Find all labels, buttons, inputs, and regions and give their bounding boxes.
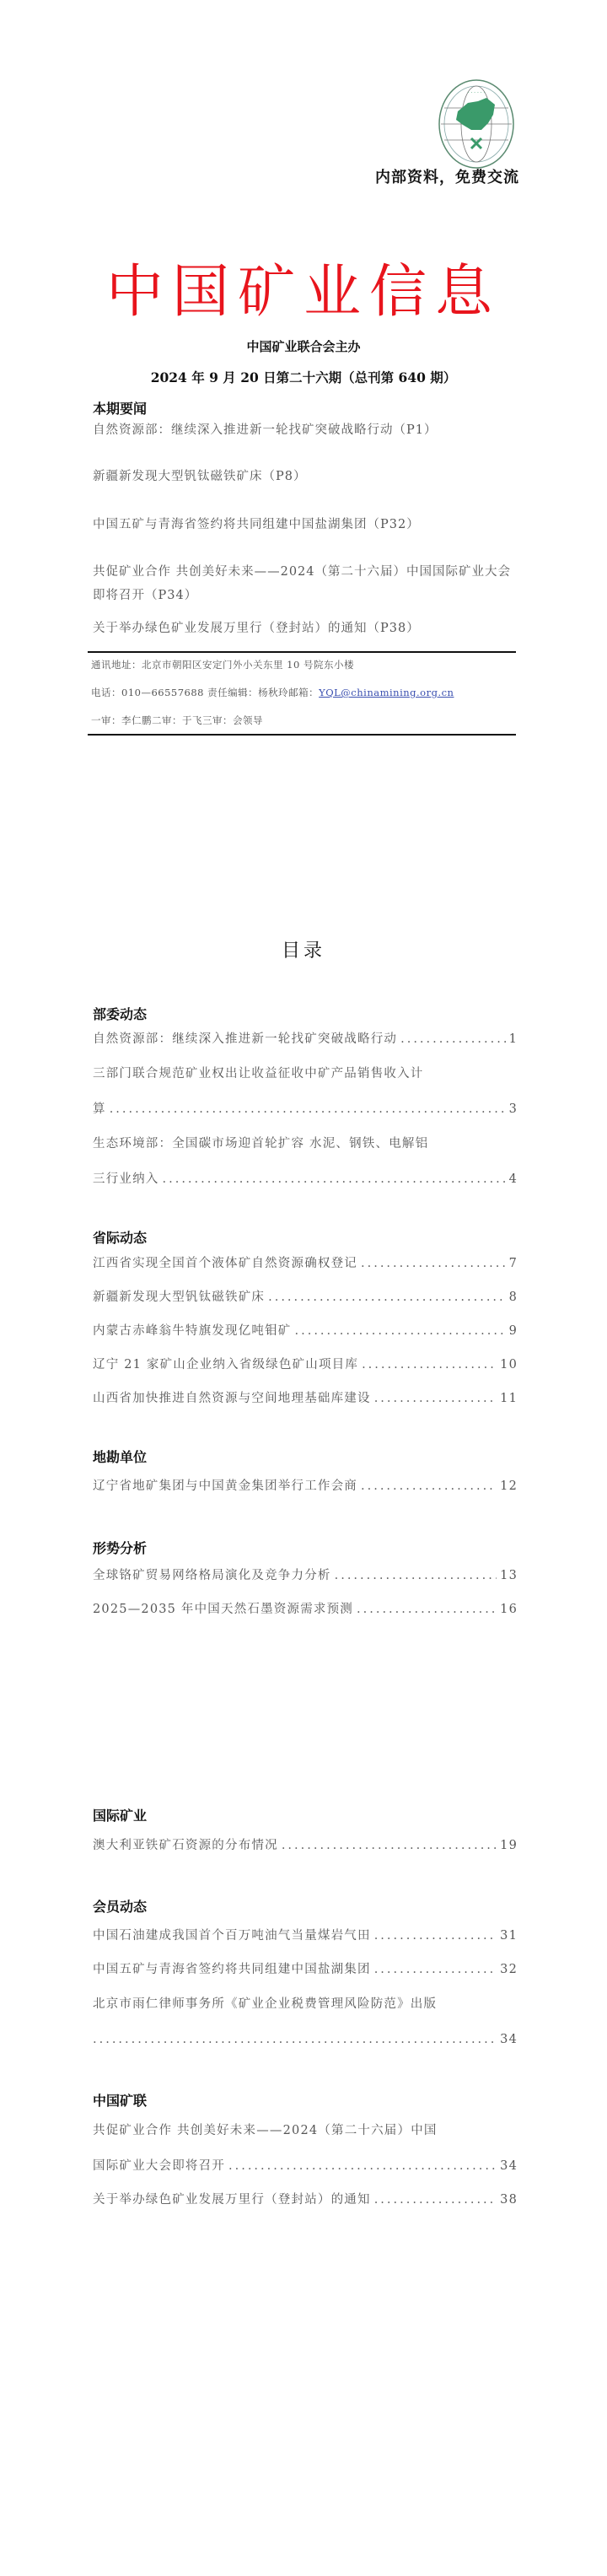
highlight-item[interactable]: 共促矿业合作 共创美好未来——2024（第二十六届）中国国际矿业大会即将召开（P… [93, 560, 523, 607]
phone-editor-label: 电话：010—66557688 责任编辑：杨秋玲邮箱： [91, 687, 319, 698]
organizer: 中国矿业联合会主办 [0, 337, 607, 355]
issue-date: 2024 年 9 月 20 日第二十六期（总刊第 640 期） [0, 368, 607, 386]
internal-notice: 内部资料，免费交流 [375, 165, 519, 187]
svg-text:· · · · · ·: · · · · · · [468, 90, 486, 96]
toc-section-international: 澳大利亚铁矿石资源的分布情况19 [93, 1829, 518, 1862]
toc-section-heading: 省际动态 [93, 1227, 147, 1247]
toc-entry[interactable]: 内蒙古赤峰翁牛特旗发现亿吨钼矿9 [93, 1314, 518, 1348]
toc-entry[interactable]: 关于举办绿色矿业发展万里行（登封站）的通知38 [93, 2183, 518, 2217]
toc-entry-line1[interactable]: 生态环境部：全国碳市场迎首轮扩容 水泥、钢铁、电解铝 [93, 1126, 518, 1162]
toc-section-analysis: 全球铬矿贸易网络格局演化及竞争力分析13 2025—2035 年中国天然石墨资源… [93, 1559, 518, 1626]
divider [88, 734, 516, 736]
toc-entry[interactable]: 自然资源部：继续深入推进新一轮找矿突破战略行动1 [93, 1022, 518, 1056]
toc-entry[interactable]: 澳大利亚铁矿石资源的分布情况19 [93, 1829, 518, 1862]
toc-title: 目录 [0, 936, 607, 962]
leader-dots [400, 1022, 505, 1056]
leader-dots [110, 1092, 506, 1126]
toc-section-provincial: 江西省实现全国首个液体矿自然资源确权登记7 新疆新发现大型钒钛磁铁矿床8 内蒙古… [93, 1247, 518, 1415]
toc-section-heading: 会员动态 [93, 1896, 147, 1916]
toc-entry[interactable]: 辽宁省地矿集团与中国黄金集团举行工作会商12 [93, 1469, 518, 1503]
toc-section-members: 中国石油建成我国首个百万吨油气当量煤岩气田31 中国五矿与青海省签约将共同组建中… [93, 1919, 518, 2056]
leader-dots [163, 1162, 506, 1196]
highlight-item[interactable]: 自然资源部：继续深入推进新一轮找矿突破战略行动（P1） [93, 418, 523, 442]
globe-map-icon: · · · · · · [434, 78, 518, 170]
contact-reviewers: 一审：李仁鹏二审：于飞三审：会领导 [91, 714, 263, 727]
toc-entry[interactable]: 辽宁 21 家矿山企业纳入省级绿色矿山项目库10 [93, 1348, 518, 1382]
divider [88, 651, 516, 653]
toc-section-heading: 地勘单位 [93, 1447, 147, 1466]
highlight-item[interactable]: 关于举办绿色矿业发展万里行（登封站）的通知（P38） [93, 617, 523, 640]
toc-entry[interactable]: 2025—2035 年中国天然石墨资源需求预测16 [93, 1592, 518, 1626]
highlights-heading: 本期要闻 [93, 398, 147, 418]
toc-entry[interactable]: 中国石油建成我国首个百万吨油气当量煤岩气田31 [93, 1919, 518, 1953]
contact-phone: 电话：010—66557688 责任编辑：杨秋玲邮箱：YQL@chinamini… [91, 686, 454, 699]
toc-entry-line1[interactable]: 北京市雨仁律师事务所《矿业企业税费管理风险防范》出版 [93, 1986, 518, 2023]
toc-entry[interactable]: 全球铬矿贸易网络格局演化及竞争力分析13 [93, 1559, 518, 1592]
toc-entry[interactable]: 34 [93, 2023, 518, 2056]
toc-entry[interactable]: 山西省加快推进自然资源与空间地理基础库建设11 [93, 1382, 518, 1415]
email-link[interactable]: YQL@chinamining.org.cn [319, 687, 454, 698]
highlight-item[interactable]: 新疆新发现大型钒钛磁铁矿床（P8） [93, 465, 523, 488]
toc-entry[interactable]: 算3 [93, 1092, 518, 1126]
masthead-title: 中国矿业信息 [0, 246, 607, 328]
toc-entry-line1[interactable]: 共促矿业合作 共创美好未来——2024（第二十六届）中国 [93, 2113, 518, 2149]
toc-entry[interactable]: 新疆新发现大型钒钛磁铁矿床8 [93, 1280, 518, 1314]
toc-entry-line1[interactable]: 三部门联合规范矿业权出让收益征收中矿产品销售收入计 [93, 1056, 518, 1092]
toc-section-cmfa: 共促矿业合作 共创美好未来——2024（第二十六届）中国 国际矿业大会即将召开3… [93, 2113, 518, 2217]
toc-entry[interactable]: 三行业纳入4 [93, 1162, 518, 1196]
toc-section-ministry: 自然资源部：继续深入推进新一轮找矿突破战略行动1 三部门联合规范矿业权出让收益征… [93, 1022, 518, 1196]
toc-entry[interactable]: 国际矿业大会即将召开34 [93, 2149, 518, 2183]
toc-section-heading: 中国矿联 [93, 2090, 147, 2110]
highlight-item[interactable]: 中国五矿与青海省签约将共同组建中国盐湖集团（P32） [93, 513, 523, 536]
contact-address: 通讯地址：北京市朝阳区安定门外小关东里 10 号院东小楼 [91, 658, 354, 671]
toc-section-geology: 辽宁省地矿集团与中国黄金集团举行工作会商12 [93, 1469, 518, 1503]
toc-section-heading: 部委动态 [93, 1004, 147, 1023]
association-logo: · · · · · · [434, 78, 518, 170]
toc-entry[interactable]: 中国五矿与青海省签约将共同组建中国盐湖集团32 [93, 1953, 518, 1986]
toc-section-heading: 形势分析 [93, 1538, 147, 1557]
toc-entry[interactable]: 江西省实现全国首个液体矿自然资源确权登记7 [93, 1247, 518, 1280]
toc-section-heading: 国际矿业 [93, 1805, 147, 1824]
